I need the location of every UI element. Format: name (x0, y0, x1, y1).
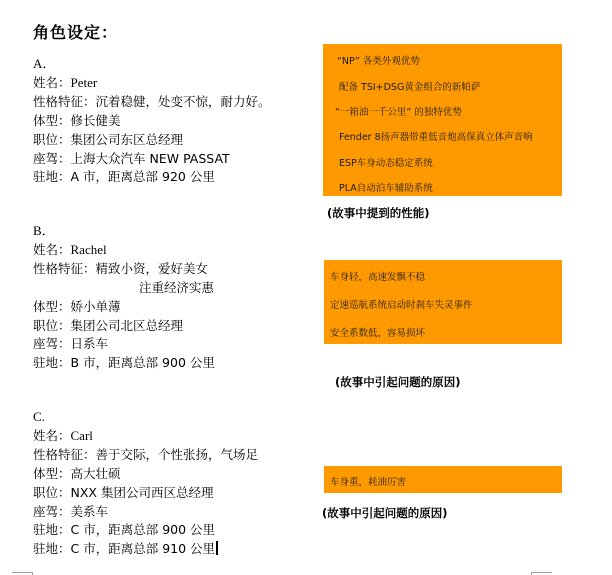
personality-label: 性格特征： (33, 261, 96, 276)
character-b-position: 职位：集团公司北区总经理 (33, 317, 215, 336)
character-a-position: 职位：集团公司东区总经理 (33, 131, 271, 150)
character-b-base: 驻地：B 市，距离总部 900 公里 (33, 354, 215, 373)
body-value: 高大壮硕 (71, 466, 121, 481)
box-item: “一箱油一千公里” 的独特优势 (335, 104, 462, 118)
body-label: 体型： (33, 113, 71, 128)
character-c-car: 座驾：美系车 (33, 503, 258, 522)
character-c-body: 体型：高大壮硕 (33, 465, 258, 484)
box-item: ESP车身动态稳定系统 (339, 155, 433, 169)
body-label: 体型： (33, 299, 71, 314)
character-b-body: 体型：娇小单薄 (33, 298, 215, 317)
position-value: NXX 集团公司西区总经理 (71, 485, 214, 500)
base-value: B 市，距离总部 900 公里 (71, 355, 215, 370)
name-value: Rachel (71, 242, 107, 257)
problems-box-b[interactable]: 车身轻，高速发飘不稳 定速巡航系统启动时刹车失灵事件 安全系数低，容易损坏 (324, 260, 562, 344)
box-item: 定速巡航系统启动时刹车失灵事件 (330, 297, 473, 311)
car-label: 座驾： (33, 151, 71, 166)
character-a-name: 姓名：Peter (33, 74, 271, 93)
box-item: Fender 8扬声器带重低音炮高保真立体声音响 (339, 129, 533, 143)
position-label: 职位： (33, 485, 71, 500)
name-value: Carl (71, 428, 93, 443)
name-label: 姓名： (33, 75, 71, 90)
character-b-car: 座驾：日系车 (33, 335, 215, 354)
personality-value: 精致小资，爱好美女 (96, 261, 209, 276)
box-item: 配备 TSI+DSG黄金组合的新帕萨 (339, 79, 480, 93)
car-value: 上海大众汽车 NEW PASSAT (71, 151, 230, 166)
base-label: 驻地： (33, 355, 71, 370)
character-a-base: 驻地：A 市，距离总部 920 公里 (33, 168, 271, 187)
position-label: 职位： (33, 318, 71, 333)
character-c-base-2[interactable]: 驻地：C 市，距离总部 910 公里 (33, 540, 258, 559)
base-label: 驻地： (33, 541, 71, 556)
personality-value: 善于交际，个性张扬，气场足 (96, 447, 259, 462)
page-corner-mark-left (12, 572, 33, 573)
character-a-header: A． (33, 55, 271, 74)
body-value: 修长健美 (71, 113, 121, 128)
character-c-base: 驻地：C 市，距离总部 900 公里 (33, 521, 258, 540)
text-cursor (216, 541, 218, 555)
personality-label: 性格特征： (33, 447, 96, 462)
base-value: C 市，距离总部 910 公里 (71, 541, 216, 556)
personality-label: 性格特征： (33, 94, 96, 109)
car-label: 座驾： (33, 336, 71, 351)
character-a-personality: 性格特征：沉着稳健，处变不惊，耐力好。 (33, 93, 271, 112)
features-caption: (故事中提到的性能) (327, 205, 430, 221)
box-item: 车身轻，高速发飘不稳 (330, 269, 425, 283)
position-value: 集团公司北区总经理 (71, 318, 184, 333)
character-c-personality: 性格特征：善于交际，个性张扬，气场足 (33, 446, 258, 465)
position-value: 集团公司东区总经理 (71, 132, 184, 147)
character-a-body: 体型：修长健美 (33, 112, 271, 131)
box-item: “NP” 各类外观优势 (337, 53, 420, 67)
base-label: 驻地： (33, 522, 71, 537)
base-value: C 市，距离总部 900 公里 (71, 522, 216, 537)
position-label: 职位： (33, 132, 71, 147)
features-box[interactable]: “NP” 各类外观优势 配备 TSI+DSG黄金组合的新帕萨 “一箱油一千公里”… (323, 44, 562, 196)
car-value: 日系车 (71, 336, 109, 351)
character-b-section: B． 姓名：Rachel 性格特征：精致小资，爱好美女 注重经济实惠 体型：娇小… (33, 222, 215, 373)
box-item: PLA自动泊车辅助系统 (339, 180, 433, 194)
base-label: 驻地： (33, 169, 71, 184)
character-c-position: 职位：NXX 集团公司西区总经理 (33, 484, 258, 503)
name-label: 姓名： (33, 428, 71, 443)
page-title: 角色设定： (33, 20, 118, 43)
character-b-personality-continued: 注重经济实惠 (33, 279, 215, 298)
car-label: 座驾： (33, 504, 71, 519)
problems-box-c[interactable]: 车身重，耗油厉害 (324, 466, 562, 493)
character-a-section: A． 姓名：Peter 性格特征：沉着稳健，处变不惊，耐力好。 体型：修长健美 … (33, 55, 271, 187)
character-c-name: 姓名：Carl (33, 427, 258, 446)
character-b-name: 姓名：Rachel (33, 241, 215, 260)
character-b-personality: 性格特征：精致小资，爱好美女 (33, 260, 215, 279)
box-item: 车身重，耗油厉害 (330, 474, 406, 488)
character-c-section: C. 姓名：Carl 性格特征：善于交际，个性张扬，气场足 体型：高大壮硕 职位… (33, 408, 258, 559)
name-value: Peter (71, 75, 98, 90)
character-a-car: 座驾：上海大众汽车 NEW PASSAT (33, 150, 271, 169)
body-value: 娇小单薄 (71, 299, 121, 314)
page-corner-mark-right (531, 572, 552, 573)
box-item: 安全系数低，容易损坏 (330, 325, 425, 339)
problems-caption-c: (故事中引起问题的原因) (322, 505, 448, 521)
character-b-header: B． (33, 222, 215, 241)
car-value: 美系车 (71, 504, 109, 519)
name-label: 姓名： (33, 242, 71, 257)
character-c-header: C. (33, 408, 258, 427)
problems-caption-b: (故事中引起问题的原因) (335, 374, 461, 390)
body-label: 体型： (33, 466, 71, 481)
base-value: A 市，距离总部 920 公里 (71, 169, 215, 184)
personality-value: 沉着稳健，处变不惊，耐力好。 (96, 94, 271, 109)
